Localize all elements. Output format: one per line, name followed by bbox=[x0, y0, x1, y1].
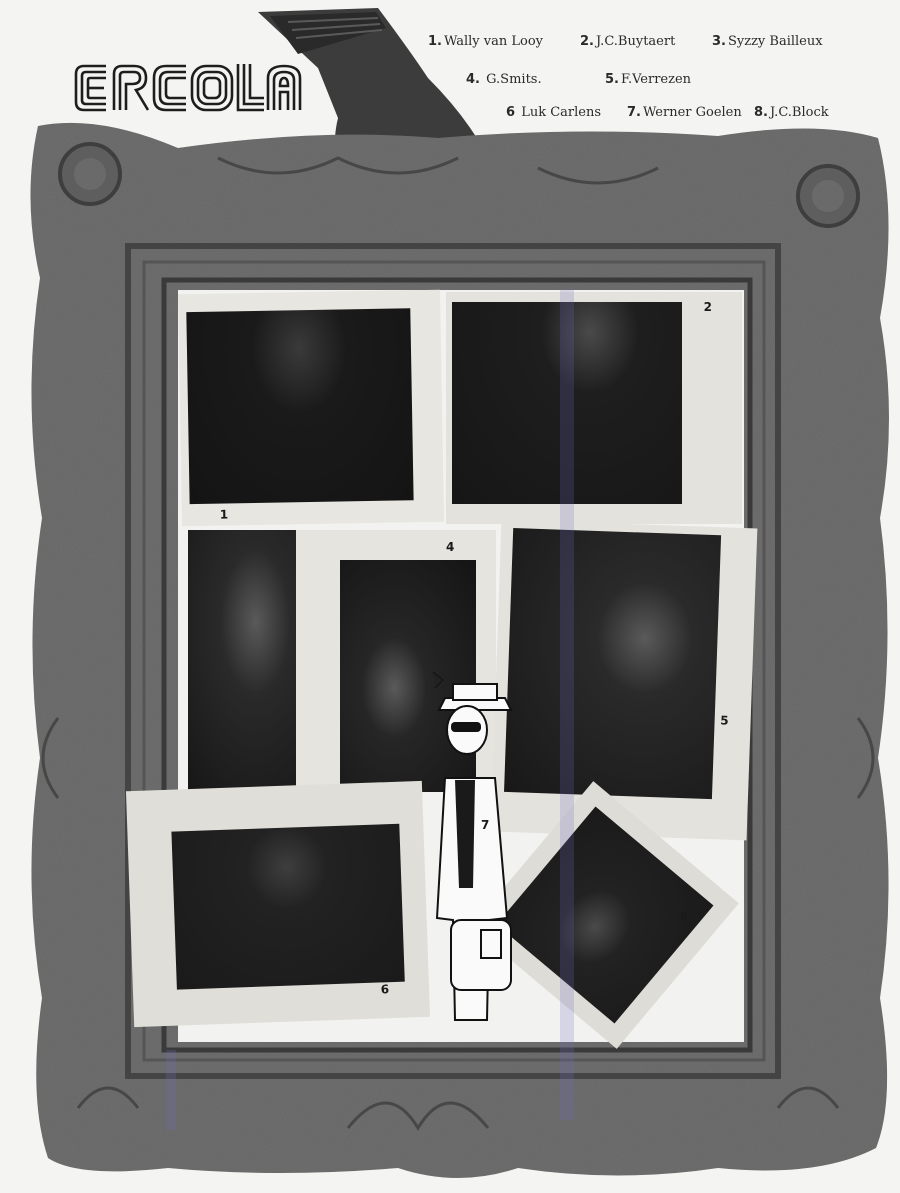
frame-label-4: 4 bbox=[446, 540, 454, 554]
credit-name: Syzzy Bailleux bbox=[728, 34, 823, 49]
portrait-5 bbox=[504, 528, 721, 799]
credit-3: 3.Syzzy Bailleux bbox=[712, 34, 823, 49]
credit-number: 3. bbox=[712, 34, 726, 49]
photo-frame-2: 2 bbox=[446, 292, 742, 524]
credit-5: 5.F.Verrezen bbox=[605, 72, 691, 87]
portrait-1 bbox=[186, 308, 413, 504]
credit-number: 2. bbox=[580, 34, 594, 49]
portrait-6 bbox=[171, 824, 404, 990]
credit-number: 4. bbox=[466, 72, 480, 87]
credit-name: G.Smits. bbox=[486, 72, 541, 87]
frame-label-2: 2 bbox=[704, 300, 712, 314]
frame-label-1: 1 bbox=[220, 507, 229, 521]
frame-label-5: 5 bbox=[720, 713, 729, 727]
scan-artifact bbox=[166, 1050, 176, 1130]
frame-label-7: 7 bbox=[481, 818, 489, 832]
credit-name: Wally van Looy bbox=[444, 34, 543, 49]
credit-4: 4. G.Smits. bbox=[466, 72, 542, 87]
frame-label-6: 6 bbox=[380, 982, 389, 996]
credit-number: 1. bbox=[428, 34, 442, 49]
credit-name: J.C.Buytaert bbox=[596, 34, 675, 49]
cartoon-figure-7: 7 bbox=[415, 668, 535, 1030]
credit-name: F.Verrezen bbox=[621, 72, 691, 87]
frame-label-8: 8 bbox=[680, 910, 688, 924]
photo-frame-6: 6 bbox=[126, 781, 430, 1027]
photo-frame-8: 8 bbox=[520, 800, 690, 1040]
scan-artifact bbox=[560, 290, 574, 1120]
photo-frame-1: 1 bbox=[178, 290, 444, 527]
credit-1: 1.Wally van Looy bbox=[428, 34, 543, 49]
credit-2: 2.J.C.Buytaert bbox=[580, 34, 675, 49]
credit-number: 5. bbox=[605, 72, 619, 87]
